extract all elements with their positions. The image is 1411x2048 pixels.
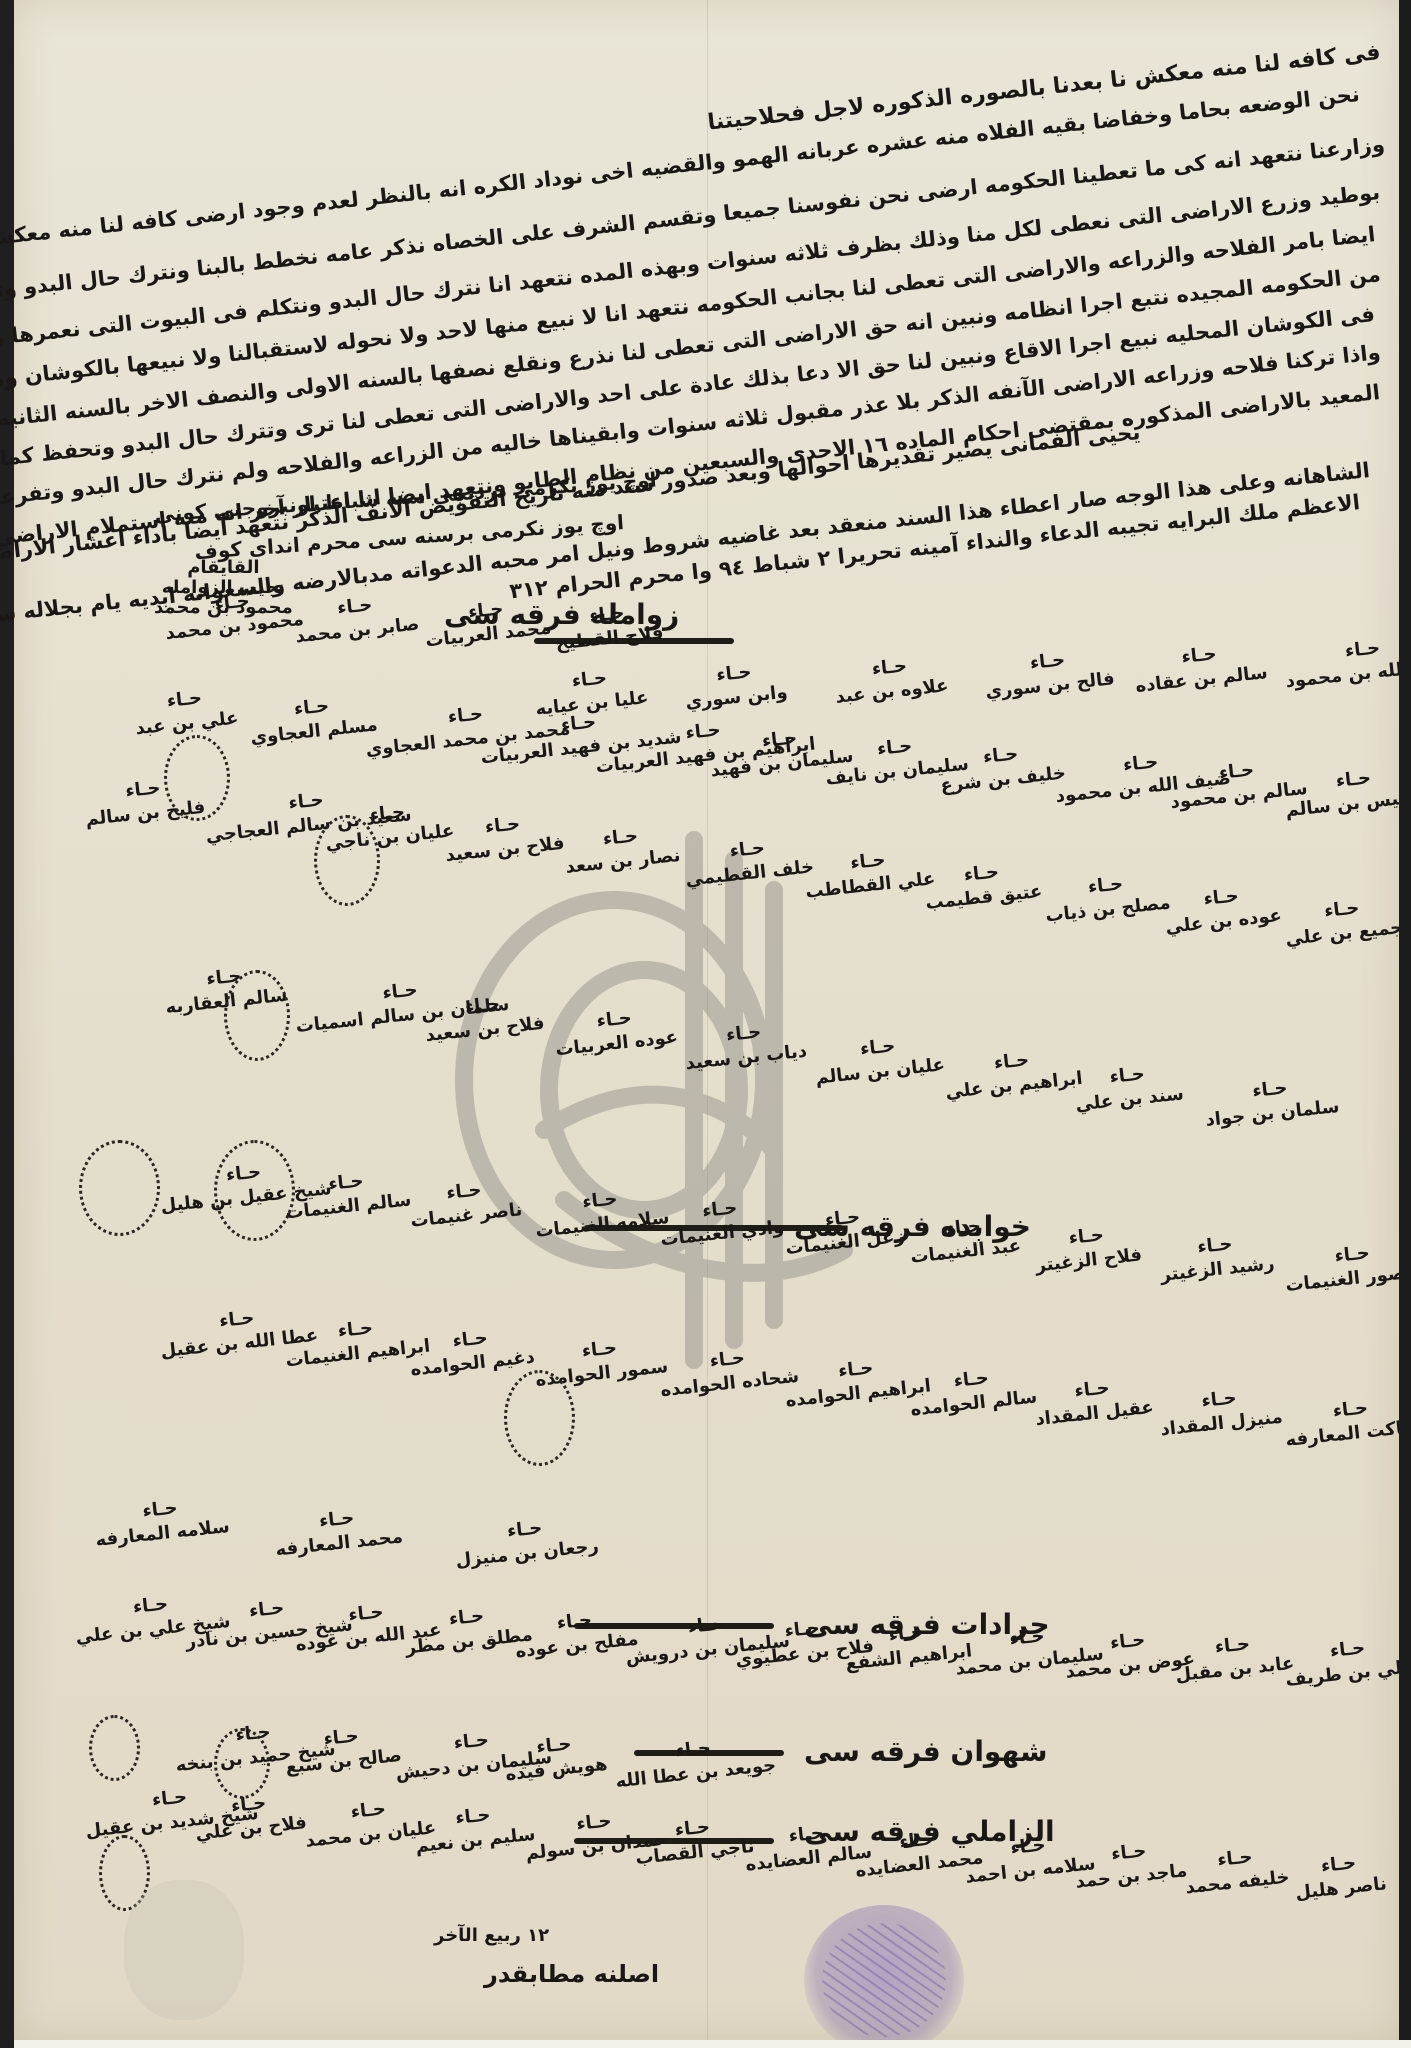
manuscript-page: فى كافه لنا منه معكش نا بعدنا بالصوره ال…	[14, 0, 1400, 2040]
roster-entry: حـاءعلي بن طريف	[1282, 1633, 1411, 1690]
roster-entry: حـاءمنيزل المقداد	[1157, 1384, 1284, 1440]
roster-entry: حـاءعقيل المقداد	[1032, 1374, 1155, 1430]
roster-entry: حـاءخليفه محمد	[1182, 1844, 1290, 1898]
roster-entry: حـاءعلي بن عبد	[132, 685, 239, 739]
thumbprint-oval	[224, 970, 290, 1061]
roster-entry: حـاءفالح بن سوري	[982, 645, 1115, 702]
roster-entry: حـاءسالم بن عقاده	[1132, 639, 1269, 696]
roster-entry: حـاءعتيق قطيمب	[922, 858, 1043, 914]
roster-entry: حـاءفلاح الزغيتر	[1032, 1222, 1143, 1277]
roster-entry: حـاءمنصور الغنيمات	[1282, 1238, 1411, 1296]
thumbprint-oval	[79, 1140, 160, 1236]
kaymakam-title: القايقام	[154, 558, 293, 578]
roster-entry: حـاءمحمد المعارفه	[272, 1503, 404, 1560]
roster-entry: حـاءجويعد بن عطا الله	[612, 1732, 777, 1792]
roster-entry: حـاءابراهيم بن علي	[942, 1045, 1083, 1103]
roster-entry: حـاءساكت المعارفه	[1282, 1393, 1411, 1450]
roster-entry: حـاءسلمان بن جواد	[1202, 1073, 1340, 1130]
thumbprint-oval	[89, 1715, 140, 1781]
thumbprint-oval	[504, 1370, 575, 1466]
roster-entry: حـاءوابن سوري	[682, 659, 788, 713]
thumbprint-oval	[164, 735, 230, 821]
roster-entry: حـاءرشيد الزغيتر	[1157, 1230, 1275, 1285]
roster-entry: حـاءناصر هليل	[1292, 1850, 1388, 1903]
roster-entry: حـاءمحمد العربيات	[422, 595, 552, 652]
certification-note: اصلنه مطابقدر	[484, 1960, 659, 1988]
tughra-watermark-icon	[444, 820, 864, 1380]
entry-name: ناصر هليل	[1294, 1874, 1387, 1903]
section-title: شهوان فرقه سى	[804, 1735, 1048, 1768]
thumbprint-oval	[214, 1140, 295, 1241]
roster-entry: حـاءعوده بن علي	[1162, 882, 1283, 938]
roster-entry: حـاءعلاوه بن عبد	[832, 652, 949, 707]
roster-entry: حـاءرجعان بن منيزل	[452, 1513, 600, 1571]
thumbprint-oval	[314, 815, 380, 906]
roster-entry: حـاءسند بن علي	[1072, 1060, 1185, 1115]
scan-border	[1399, 0, 1411, 2048]
thumbprint-oval	[214, 1728, 270, 1799]
roster-entry: حـاءعبد الله بن محمود	[1282, 632, 1411, 692]
scan-bottom-strip	[14, 2040, 1411, 2048]
roster-entry: حـاءمسلم العجاوي	[247, 691, 379, 748]
roster-entry: حـاءمصلح بن ذياب	[1042, 870, 1171, 926]
roster-entry: حـاءجميع بن علي	[1282, 894, 1404, 950]
purple-seal-icon	[804, 1905, 964, 2048]
roster-entry: حـاءسلامه المعارفه	[92, 1493, 231, 1550]
certification-date: ١٢ ربيع الآخر	[434, 1925, 549, 1946]
faint-stamp	[124, 1880, 244, 2020]
roster-entry: حـاءسالم العضايده	[742, 1818, 873, 1875]
roster-entry: حـاءصابر بن محمد	[292, 591, 420, 647]
